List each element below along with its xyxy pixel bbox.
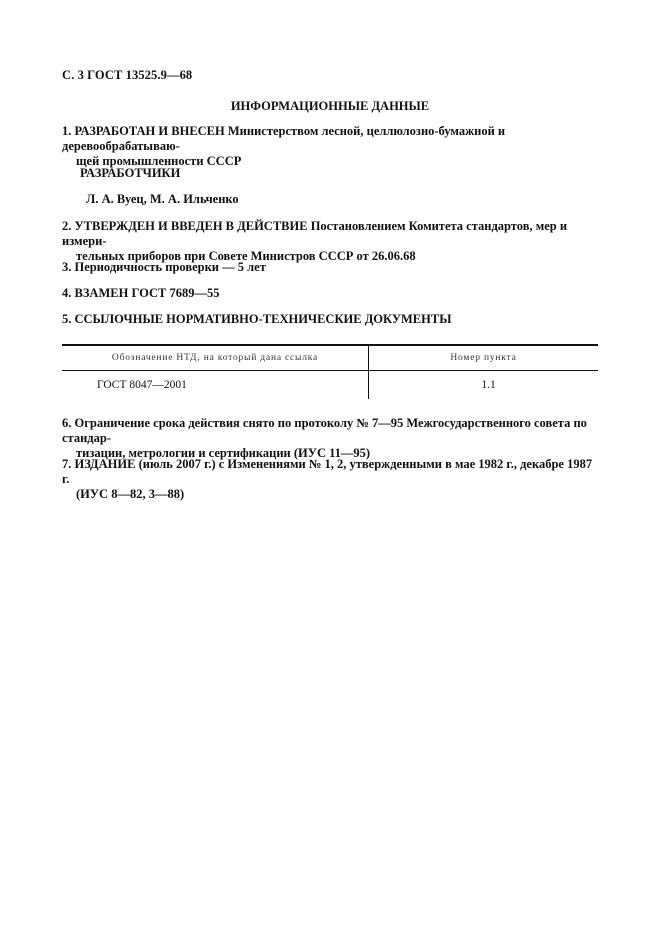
item-1-lead: РАЗРАБОТАН И ВНЕСЕН: [75, 124, 225, 138]
item-6-number: 6.: [62, 416, 71, 430]
column-header-document: Обозначение НТД, на который дана ссылка: [62, 345, 369, 371]
item-1-number: 1.: [62, 124, 71, 138]
item-3-text: Периодичность проверки — 5 лет: [75, 260, 266, 274]
item-2-lead: УТВЕРЖДЕН И ВВЕДЕН В ДЕЙСТВИЕ: [75, 219, 308, 233]
item-2: 2. УТВЕРЖДЕН И ВВЕДЕН В ДЕЙСТВИЕ Постано…: [62, 219, 598, 264]
item-7: 7. ИЗДАНИЕ (июль 2007 г.) с Изменениями …: [62, 457, 598, 502]
item-7-number: 7.: [62, 457, 71, 471]
item-4-number: 4.: [62, 286, 71, 300]
item-6-line1: Ограничение срока действия снято по прот…: [62, 416, 587, 445]
table-header-row: Обозначение НТД, на который дана ссылка …: [62, 345, 598, 371]
column-header-clause: Номер пункта: [369, 345, 599, 371]
item-4: 4. ВЗАМЕН ГОСТ 7689—55: [62, 286, 598, 301]
references-table: Обозначение НТД, на который дана ссылка …: [62, 344, 598, 399]
document-title: ИНФОРМАЦИОННЫЕ ДАННЫЕ: [62, 99, 598, 114]
item-4-text: ВЗАМЕН ГОСТ 7689—55: [75, 286, 220, 300]
item-5-text: ССЫЛОЧНЫЕ НОРМАТИВНО-ТЕХНИЧЕСКИЕ ДОКУМЕН…: [75, 312, 452, 326]
item-1: 1. РАЗРАБОТАН И ВНЕСЕН Министерством лес…: [62, 124, 598, 169]
cell-clause: 1.1: [369, 371, 599, 400]
item-7-line1: ИЗДАНИЕ (июль 2007 г.) с Изменениями № 1…: [62, 457, 592, 486]
cell-document: ГОСТ 8047—2001: [62, 371, 369, 400]
table-row: ГОСТ 8047—2001 1.1: [62, 371, 598, 400]
item-3-number: 3.: [62, 260, 71, 274]
item-3: 3. Периодичность проверки — 5 лет: [62, 260, 598, 275]
developers-heading: РАЗРАБОТЧИКИ: [80, 166, 180, 181]
item-2-number: 2.: [62, 219, 71, 233]
item-6: 6. Ограничение срока действия снято по п…: [62, 416, 598, 461]
item-7-line2: (ИУС 8—82, 3—88): [62, 487, 598, 502]
developers-names: Л. А. Вуец, М. А. Ильченко: [86, 192, 239, 207]
item-5: 5. ССЫЛОЧНЫЕ НОРМАТИВНО-ТЕХНИЧЕСКИЕ ДОКУ…: [62, 312, 598, 327]
item-5-number: 5.: [62, 312, 71, 326]
page-header: С. 3 ГОСТ 13525.9—68: [62, 68, 192, 83]
